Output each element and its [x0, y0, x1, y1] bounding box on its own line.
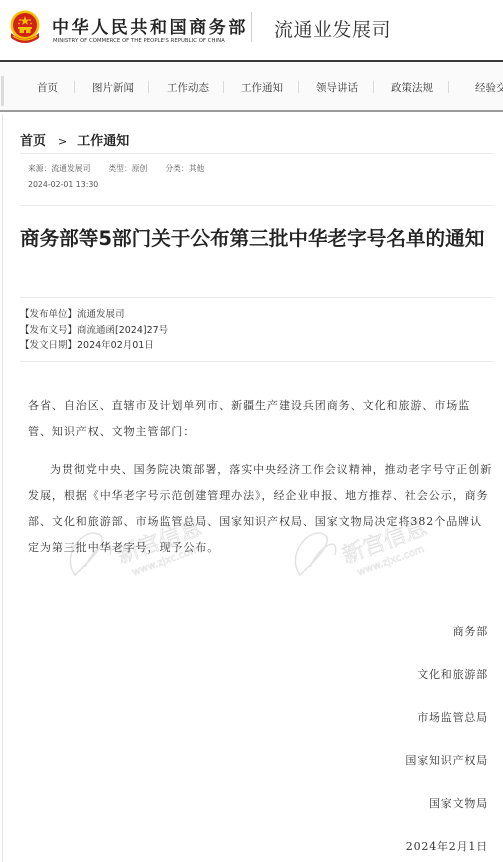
header-divider — [251, 12, 252, 42]
breadcrumb-current[interactable]: 工作通知 — [77, 134, 129, 149]
national-emblem-icon[interactable] — [8, 9, 42, 47]
breadcrumb-separator: > — [58, 135, 67, 148]
divider — [20, 205, 494, 206]
signatory: 国家知识产权局 — [405, 752, 488, 768]
meta-type: 类型：原创 — [108, 164, 147, 173]
ministry-name-cn: 中华人民共和国商务部 — [52, 13, 248, 38]
nav-separator — [74, 81, 75, 93]
nav-separator — [223, 81, 224, 93]
signatory: 市场监管总局 — [417, 709, 488, 725]
signatory: 文化和旅游部 — [417, 666, 488, 682]
nav-separator — [448, 81, 449, 93]
meta-datetime: 2024-02-01 13:30 — [28, 180, 98, 189]
site-header: 中华人民共和国商务部 MINISTRY OF COMMERCE OF THE P… — [0, 0, 503, 58]
nav-separator — [148, 81, 149, 93]
document-number: 【发布文号】商流通函[2024]27号 — [20, 323, 168, 339]
breadcrumb-home[interactable]: 首页 — [20, 134, 46, 149]
nav-item-policies[interactable]: 政策法规 — [391, 80, 433, 95]
nav-item-work-notices[interactable]: 工作通知 — [241, 80, 283, 95]
nav-item-home[interactable]: 首页 — [37, 80, 58, 95]
signatory: 国家文物局 — [429, 795, 488, 811]
main-nav: 首页 图片新闻 工作动态 工作通知 领导讲话 政策法规 经验交 — [0, 60, 503, 112]
sign-date: 2024年2月1日 — [406, 838, 488, 854]
issue-date: 【发文日期】2024年02月01日 — [20, 338, 168, 354]
content-left-border — [2, 114, 3, 862]
article-meta: 来源：流通发展司类型：原创分类：其他 — [28, 163, 222, 174]
nav-item-experience[interactable]: 经验交 — [475, 80, 503, 95]
nav-item-photo-news[interactable]: 图片新闻 — [92, 80, 134, 95]
nav-separator — [373, 81, 374, 93]
meta-source: 来源：流通发展司 — [28, 164, 90, 173]
meta-category: 分类：其他 — [165, 164, 204, 173]
article-title: 商务部等5部门关于公布第三批中华老字号名单的通知 — [20, 223, 495, 254]
article-paragraph: 为贯彻党中央、国务院决策部署，落实中央经济工作会议精神，推动老字号守正创新发展，… — [28, 457, 493, 561]
publisher: 【发布单位】流通发展司 — [20, 307, 168, 323]
divider — [20, 361, 494, 362]
nav-separator — [298, 81, 299, 93]
ministry-name-en: MINISTRY OF COMMERCE OF THE PEOPLE'S REP… — [53, 38, 225, 44]
nav-item-work-updates[interactable]: 工作动态 — [167, 80, 209, 95]
article-paragraph: 各省、自治区、直辖市及计划单列市、新疆生产建设兵团商务、文化和旅游、市场监管、知… — [28, 393, 493, 445]
divider — [20, 297, 494, 298]
nav-left-bar — [1, 76, 4, 106]
department-name: 流通业发展司 — [274, 15, 391, 42]
divider — [20, 153, 494, 154]
nav-item-leader-speeches[interactable]: 领导讲话 — [316, 80, 358, 95]
breadcrumb: 首页>工作通知 — [20, 130, 129, 149]
publication-info: 【发布单位】流通发展司 【发布文号】商流通函[2024]27号 【发文日期】20… — [20, 307, 168, 354]
signatory: 商务部 — [453, 623, 488, 639]
